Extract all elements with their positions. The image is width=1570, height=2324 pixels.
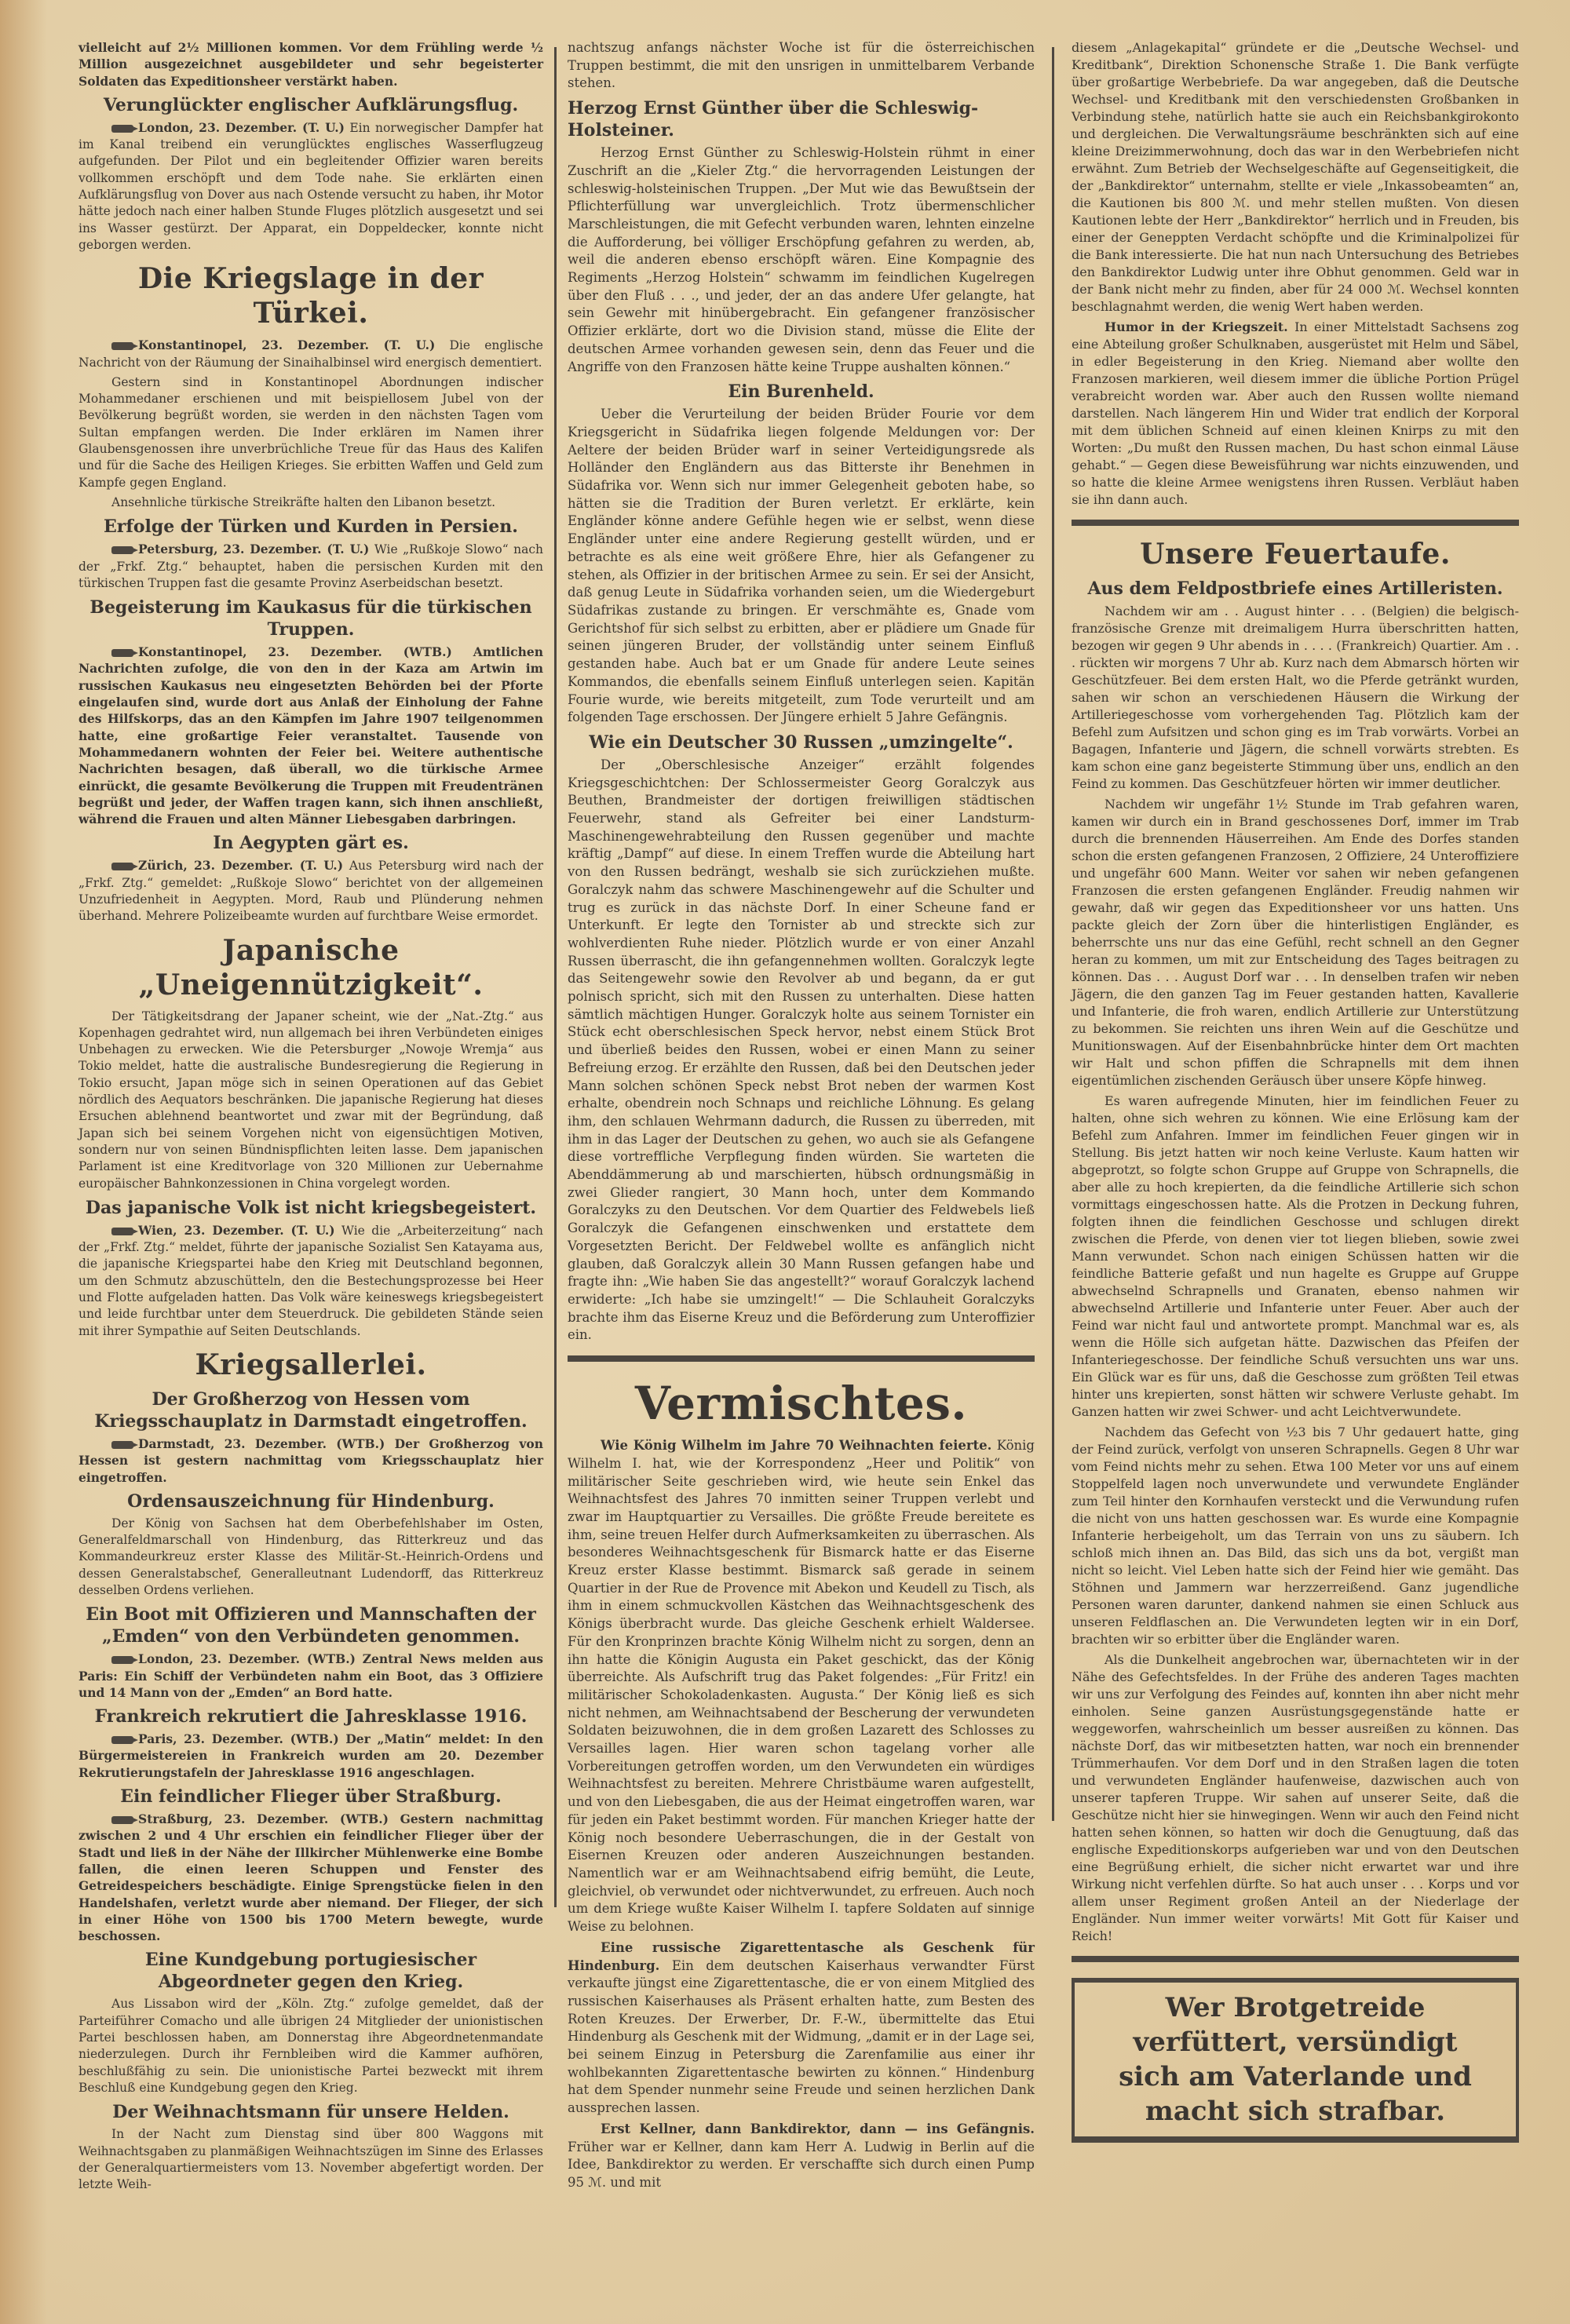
section-divider (568, 1355, 1035, 1362)
article-text: Konstantinopel, 23. Dezember. (WTB.) Amt… (78, 644, 543, 827)
article-title: Ein Boot mit Offizieren und Mannschaften… (78, 1603, 543, 1647)
page-edge (0, 0, 47, 2324)
pointing-hand-icon (111, 863, 133, 870)
column-divider (554, 47, 557, 1907)
column-3: diesem „Anlagekapital“ gründete er die „… (1072, 39, 1519, 2143)
article-title: Herzog Ernst Günther über die Schleswig-… (568, 97, 1035, 141)
column-divider (1052, 47, 1054, 1821)
article-title: Wie ein Deutscher 30 Russen „umzingelte“… (568, 731, 1035, 753)
pointing-hand-icon (111, 342, 133, 350)
article-title: Verunglückter englischer Aufklärungsflug… (78, 94, 543, 116)
article-title: Ein Burenheld. (568, 381, 1035, 403)
article-text: Wien, 23. Dezember. (T. U.) Wie die „Arb… (78, 1222, 543, 1340)
article-text: London, 23. Dezember. (T. U.) Ein norweg… (78, 119, 543, 254)
pointing-hand-icon (111, 1228, 133, 1235)
article-text: Straßburg, 23. Dezember. (WTB.) Gestern … (78, 1811, 543, 1944)
article-text: Nachdem das Gefecht von ½3 bis 7 Uhr ged… (1072, 1424, 1519, 1648)
section-heading: Unsere Feuertaufe. (1072, 537, 1519, 571)
article-text: vielleicht auf 2½ Millionen kommen. Vor … (78, 39, 543, 89)
article-text: Erst Kellner, dann Bankdirektor, dann — … (568, 2121, 1035, 2192)
article-text: Als die Dunkelheit angebrochen war, über… (1072, 1651, 1519, 1945)
article-text: Herzog Ernst Günther zu Schleswig-Holste… (568, 144, 1035, 376)
article-text: Der „Oberschlesische Anzeiger“ erzählt f… (568, 757, 1035, 1344)
section-divider (1072, 1956, 1519, 1962)
article-text: Es waren aufregende Minuten, hier im fei… (1072, 1093, 1519, 1421)
article-text: Ansehnliche türkische Streikräfte halten… (78, 494, 543, 511)
column-1: vielleicht auf 2½ Millionen kommen. Vor … (78, 39, 543, 2196)
pointing-hand-icon (111, 125, 133, 133)
article-title: Eine Kundgebung portugiesischer Abgeordn… (78, 1949, 543, 1993)
pointing-hand-icon (111, 546, 133, 554)
article-text: nachtszug anfangs nächster Woche ist für… (568, 39, 1035, 93)
article-text: Petersburg, 23. Dezember. (T. U.) Wie „R… (78, 541, 543, 592)
article-text: Wie König Wilhelm im Jahre 70 Weihnachte… (568, 1437, 1035, 1936)
article-title: Das japanische Volk ist nicht kriegsbege… (78, 1197, 543, 1219)
article-text: Nachdem wir am . . August hinter . . . (… (1072, 603, 1519, 793)
notice-line: Wer Brotgetreide verfüttert, versündigt (1086, 1990, 1505, 2059)
section-heading: Kriegsallerlei. (78, 1348, 543, 1382)
pointing-hand-icon (111, 1816, 133, 1824)
section-heading: Die Kriegslage in der Türkei. (78, 261, 543, 330)
article-text: Humor in der Kriegszeit. In einer Mittel… (1072, 319, 1519, 509)
pointing-hand-icon (111, 1441, 133, 1449)
pointing-hand-icon (111, 1736, 133, 1744)
article-text: Paris, 23. Dezember. (WTB.) Der „Matin“ … (78, 1731, 543, 1781)
article-title: Frankreich rekrutiert die Jahresklasse 1… (78, 1706, 543, 1727)
section-heading: Vermischtes. (568, 1377, 1035, 1429)
article-title: Der Großherzog von Hessen vom Kriegsscha… (78, 1388, 543, 1432)
notice-line: sich am Vaterlande und macht sich strafb… (1086, 2059, 1505, 2129)
article-text: Der König von Sachsen hat dem Oberbefehl… (78, 1516, 543, 1599)
section-divider (1072, 520, 1519, 526)
pointing-hand-icon (111, 649, 133, 657)
article-title: Ordensauszeichnung für Hindenburg. (78, 1490, 543, 1512)
pointing-hand-icon (111, 1656, 133, 1664)
article-title: Ein feindlicher Flieger über Straßburg. (78, 1786, 543, 1808)
notice-box: Wer Brotgetreide verfüttert, versündigt … (1072, 1978, 1519, 2143)
article-title: Der Weihnachtsmann für unsere Helden. (78, 2101, 543, 2123)
article-text: Ueber die Verurteilung der beiden Brüder… (568, 406, 1035, 727)
section-heading: Japanische „Uneigennützigkeit“. (78, 933, 543, 1002)
article-text: Eine russische Zigarettentasche als Gesc… (568, 1939, 1035, 2118)
article-text: Zürich, 23. Dezember. (T. U.) Aus Peters… (78, 857, 543, 925)
article-text: Darmstadt, 23. Dezember. (WTB.) Der Groß… (78, 1436, 543, 1486)
article-text: Nachdem wir ungefähr 1½ Stunde im Trab g… (1072, 796, 1519, 1089)
article-text: Der Tätigkeitsdrang der Japaner scheint,… (78, 1009, 543, 1192)
article-text: Konstantinopel, 23. Dezember. (T. U.) Di… (78, 337, 543, 371)
article-text: In der Nacht zum Dienstag sind über 800 … (78, 2126, 543, 2193)
article-text: Aus Lissabon wird der „Köln. Ztg.“ zufol… (78, 1996, 543, 2096)
article-text: London, 23. Dezember. (WTB.) Zentral New… (78, 1651, 543, 1701)
article-text: diesem „Anlagekapital“ gründete er die „… (1072, 39, 1519, 316)
article-title: Begeisterung im Kaukasus für die türkisc… (78, 597, 543, 640)
article-title: Erfolge der Türken und Kurden in Persien… (78, 516, 543, 538)
article-subtitle: Aus dem Feldpostbriefe eines Artillerist… (1072, 578, 1519, 600)
column-2: nachtszug anfangs nächster Woche ist für… (568, 39, 1035, 2195)
article-title: In Aegypten gärt es. (78, 832, 543, 854)
article-text: Gestern sind in Konstantinopel Abordnung… (78, 374, 543, 491)
